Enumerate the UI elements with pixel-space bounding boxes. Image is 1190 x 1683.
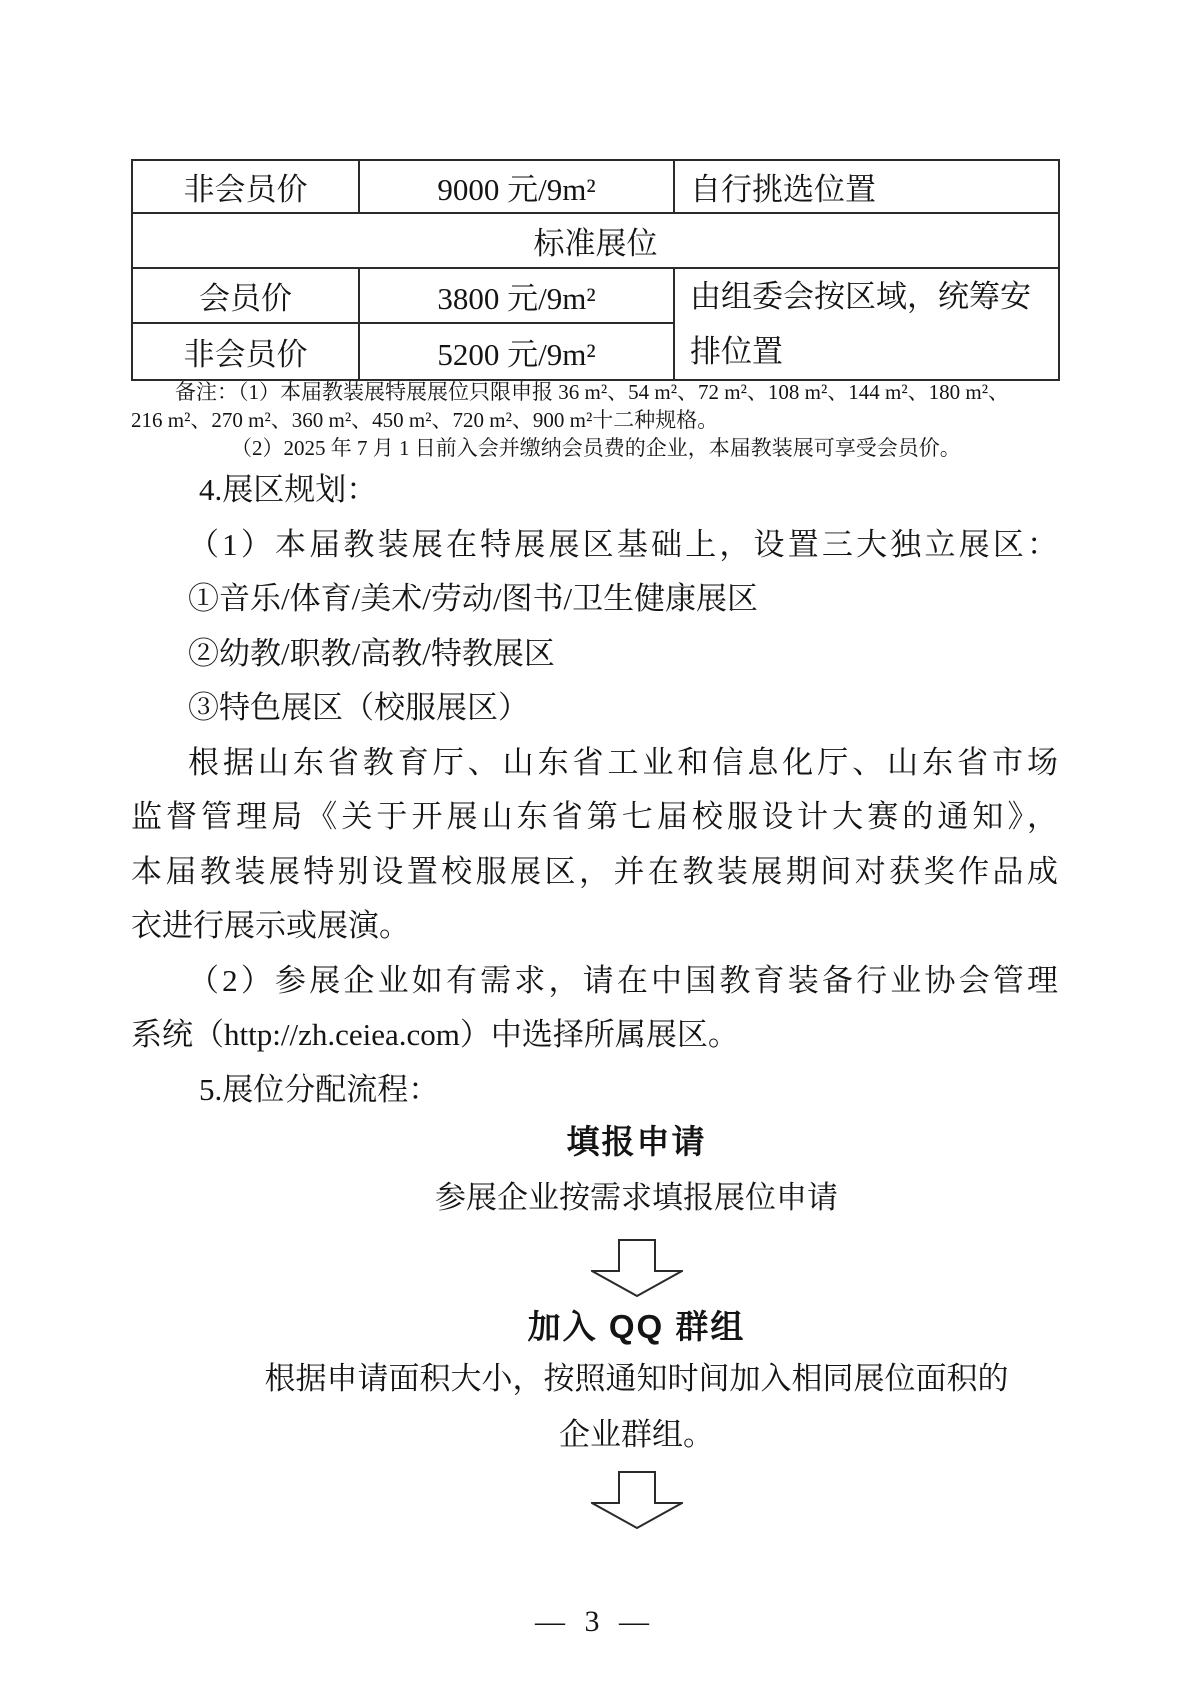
member-type-cell: 非会员价 [132, 160, 359, 213]
paragraph-line: 衣进行展示或展演。 [131, 899, 1058, 954]
booth-price-table: 非会员价 9000 元/9m² 自行挑选位置 标准展位 会员价 3800 元/9… [131, 159, 1060, 381]
table-row: 非会员价 9000 元/9m² 自行挑选位置 [132, 160, 1059, 213]
flow-step-1-title: 填报申请 [173, 1117, 1100, 1167]
document-page: 非会员价 9000 元/9m² 自行挑选位置 标准展位 会员价 3800 元/9… [0, 0, 1190, 1683]
zone-item-2: ②幼教/职教/高教/特教展区 [131, 627, 1058, 682]
remark-line: （2）2025 年 7 月 1 日前入会并缴纳会员费的企业，本届教装展可享受会员… [131, 434, 1141, 462]
down-arrow-icon [173, 1239, 1100, 1297]
position-note-cell: 自行挑选位置 [674, 160, 1059, 213]
section-5-title: 5.展位分配流程： [131, 1063, 1058, 1118]
standard-booth-header-cell: 标准展位 [132, 213, 1059, 268]
flow-step-2-title: 加入 QQ 群组 [173, 1303, 1100, 1351]
price-cell: 9000 元/9m² [359, 160, 674, 213]
price-cell: 5200 元/9m² [359, 323, 674, 380]
paragraph-line-url: 系统（http://zh.ceiea.com）中选择所属展区。 [131, 1008, 1058, 1063]
merged-note-line: 排位置 [690, 324, 1058, 379]
paragraph-line: （2）参展企业如有需求，请在中国教育装备行业协会管理 [131, 954, 1058, 1009]
booth-allocation-flowchart: 填报申请 参展企业按需求填报展位申请 加入 QQ 群组 根据申请面积大小，按照通… [173, 1117, 1100, 1529]
zone-item-1: ①音乐/体育/美术/劳动/图书/卫生健康展区 [131, 572, 1058, 627]
page-number: — 3 — [0, 1602, 1190, 1642]
zone-item-3: ③特色展区（校服展区） [131, 681, 1058, 736]
remark-line: 216 m²、270 m²、360 m²、450 m²、720 m²、900 m… [131, 406, 1141, 434]
member-type-cell: 会员价 [132, 268, 359, 323]
body-text: 4.展区规划： （1）本届教装展在特展展区基础上，设置三大独立展区： ①音乐/体… [131, 463, 1058, 1117]
table-row: 标准展位 [132, 213, 1059, 268]
down-arrow-icon [173, 1471, 1100, 1529]
member-type-cell: 非会员价 [132, 323, 359, 380]
price-cell: 3800 元/9m² [359, 268, 674, 323]
position-note-merged-cell: 由组委会按区域，统筹安 排位置 [674, 268, 1059, 380]
section-4-title: 4.展区规划： [131, 463, 1058, 518]
paragraph-line: 根据山东省教育厅、山东省工业和信息化厅、山东省市场 [131, 736, 1058, 791]
remark-line: 备注：（1）本届教装展特展展位只限申报 36 m²、54 m²、72 m²、10… [131, 378, 1141, 406]
section-4-item-1: （1）本届教装展在特展展区基础上，设置三大独立展区： [131, 518, 1058, 573]
table-row: 会员价 3800 元/9m² 由组委会按区域，统筹安 排位置 [132, 268, 1059, 323]
flow-step-1-desc: 参展企业按需求填报展位申请 [173, 1167, 1100, 1229]
flow-step-2-desc-line: 企业群组。 [173, 1407, 1100, 1463]
paragraph-line: 监督管理局《关于开展山东省第七届校服设计大赛的通知》， [131, 790, 1058, 845]
remarks-block: 备注：（1）本届教装展特展展位只限申报 36 m²、54 m²、72 m²、10… [131, 378, 1141, 462]
flow-step-2-desc-line: 根据申请面积大小，按照通知时间加入相同展位面积的 [173, 1351, 1100, 1407]
merged-note-line: 由组委会按区域，统筹安 [690, 269, 1058, 324]
paragraph-line: 本届教装展特别设置校服展区，并在教装展期间对获奖作品成 [131, 845, 1058, 900]
